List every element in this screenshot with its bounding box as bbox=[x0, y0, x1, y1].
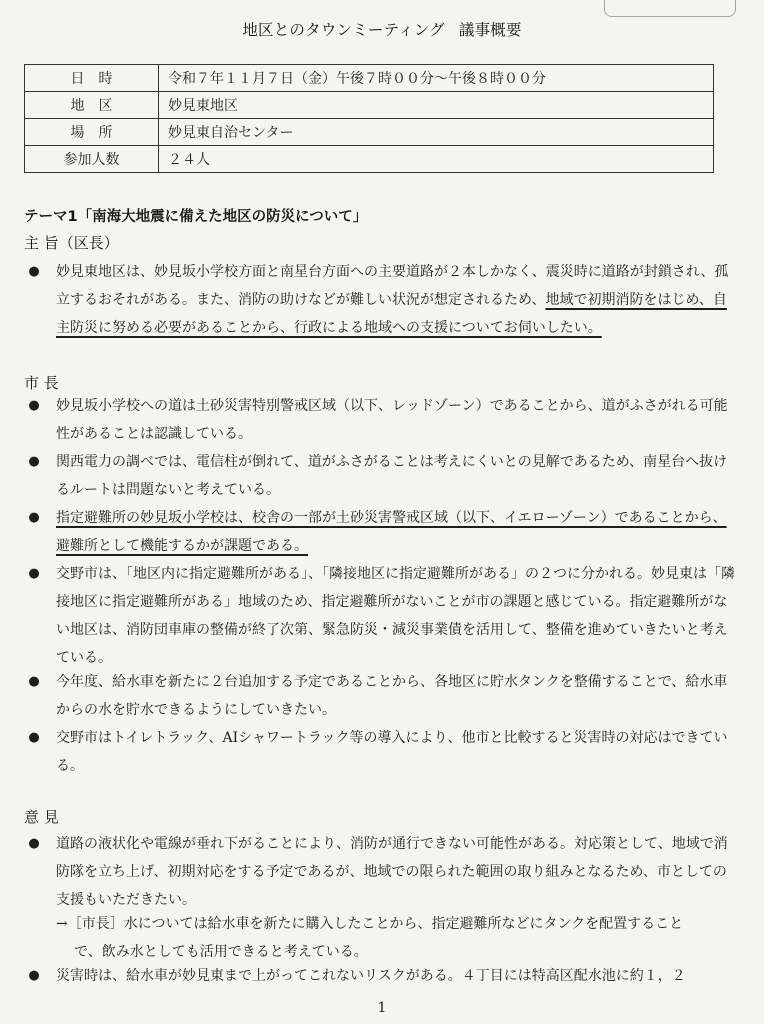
list-item: ● 妙見坂小学校への道は土砂災害特別警戒区域（以下、レッドゾーン）であることから… bbox=[26, 392, 738, 448]
mayor-item-2: 関西電力の調べでは、電信柱が倒れて、道がふさがることは考えにくいとの見解であるた… bbox=[56, 448, 738, 504]
mayor-reply: →［市長］水については給水車を新たに購入したことから、指定避難所などにタンクを配… bbox=[56, 910, 740, 966]
info-value-district: 妙見東地区 bbox=[159, 92, 714, 119]
opinion-item-2: 災害時は、給水車が妙見東まで上がってこれないリスクがある。４丁目には特高区配水池… bbox=[56, 962, 738, 990]
list-item: ● 道路の液状化や電線が垂れ下がることにより、消防が通行できない可能性がある。対… bbox=[26, 830, 738, 914]
page-number: 1 bbox=[0, 1000, 764, 1016]
title-sub: 議事概要 bbox=[459, 21, 522, 39]
list-item: ● 交野市は、「地区内に指定避難所がある」、「隣接地区に指定避難所がある」の２つ… bbox=[26, 560, 738, 672]
theme-heading: テーマ1「南海大地震に備えた地区の防災について」 bbox=[24, 205, 367, 226]
table-row: 参加人数 ２４人 bbox=[25, 146, 714, 173]
list-item: ● 指定避難所の妙見坂小学校は、校舎の一部が土砂災害警戒区域（以下、イエローゾー… bbox=[26, 504, 738, 560]
bullet-icon: ● bbox=[26, 258, 42, 286]
info-value-location: 妙見東自治センター bbox=[159, 119, 714, 146]
meeting-info-table: 日 時 令和７年１１月７日（金）午後７時００分～午後８時００分 地 区 妙見東地… bbox=[24, 64, 714, 173]
mayor-item-1: 妙見坂小学校への道は土砂災害特別警戒区域（以下、レッドゾーン）であることから、道… bbox=[56, 392, 738, 448]
table-row: 場 所 妙見東自治センター bbox=[25, 119, 714, 146]
section-heading-mayor: 市 長 bbox=[24, 372, 59, 393]
opinion-item-1: 道路の液状化や電線が垂れ下がることにより、消防が通行できない可能性がある。対応策… bbox=[56, 830, 738, 914]
list-item: ● 災害時は、給水車が妙見東まで上がってこれないリスクがある。４丁目には特高区配… bbox=[26, 962, 738, 990]
bullet-icon: ● bbox=[26, 392, 42, 420]
bullet-icon: ● bbox=[26, 504, 42, 532]
list-item: ● 関西電力の調べでは、電信柱が倒れて、道がふさがることは考えにくいとの見解であ… bbox=[26, 448, 738, 504]
mayor-item-6: 交野市はトイレトラック、AIシャワートラック等の導入により、他市と比較すると災害… bbox=[56, 724, 738, 780]
info-key-location: 場 所 bbox=[25, 119, 159, 146]
bullet-icon: ● bbox=[26, 668, 42, 696]
section-heading-opinions: 意 見 bbox=[24, 806, 59, 827]
document-title: 地区とのタウンミーティング議事概要 bbox=[0, 18, 764, 40]
info-key-district: 地 区 bbox=[25, 92, 159, 119]
list-item: ● 妙見東地区は、妙見坂小学校方面と南星台方面への主要道路が２本しかなく、震災時… bbox=[26, 258, 738, 342]
table-row: 地 区 妙見東地区 bbox=[25, 92, 714, 119]
mayor-item-3-underlined: 指定避難所の妙見坂小学校は、校舎の一部が土砂災害警戒区域（以下、イエローゾーン）… bbox=[56, 510, 727, 554]
info-value-datetime: 令和７年１１月７日（金）午後７時００分～午後８時００分 bbox=[159, 65, 714, 92]
info-key-attendees: 参加人数 bbox=[25, 146, 159, 173]
title-main: 地区とのタウンミーティング bbox=[242, 21, 445, 39]
list-item: ● 交野市はトイレトラック、AIシャワートラック等の導入により、他市と比較すると… bbox=[26, 724, 738, 780]
bullet-icon: ● bbox=[26, 830, 42, 858]
bullet-icon: ● bbox=[26, 962, 42, 990]
mayor-item-5: 今年度、給水車を新たに２台追加する予定であることから、各地区に貯水タンクを整備す… bbox=[56, 668, 738, 724]
list-item: ● 今年度、給水車を新たに２台追加する予定であることから、各地区に貯水タンクを整… bbox=[26, 668, 738, 724]
table-row: 日 時 令和７年１１月７日（金）午後７時００分～午後８時００分 bbox=[25, 65, 714, 92]
mayor-item-4: 交野市は、「地区内に指定避難所がある」、「隣接地区に指定避難所がある」の２つに分… bbox=[56, 560, 738, 672]
reply-line-1: →［市長］水については給水車を新たに購入したことから、指定避難所などにタンクを配… bbox=[56, 910, 740, 938]
bullet-icon: ● bbox=[26, 448, 42, 476]
bullet-icon: ● bbox=[26, 560, 42, 588]
info-key-datetime: 日 時 bbox=[25, 65, 159, 92]
bullet-icon: ● bbox=[26, 724, 42, 752]
section-heading-purpose: 主 旨（区長） bbox=[24, 232, 119, 253]
document-page: 地区とのタウンミーティング議事概要 日 時 令和７年１１月７日（金）午後７時００… bbox=[0, 0, 764, 1024]
info-value-attendees: ２４人 bbox=[159, 146, 714, 173]
receipt-stamp bbox=[604, 0, 736, 17]
